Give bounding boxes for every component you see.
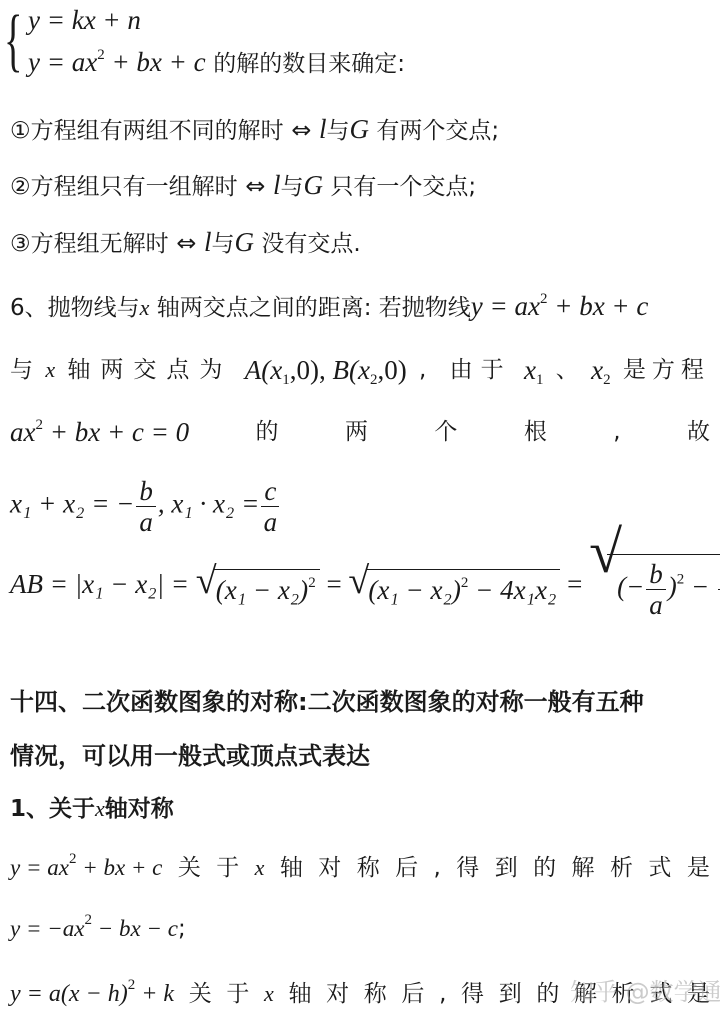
radicand: (x₁ − x₂) — [368, 575, 460, 605]
word: 对 — [326, 978, 349, 1010]
subscript: 1 — [536, 372, 544, 388]
minus: − — [684, 572, 716, 602]
word: 是 — [687, 852, 710, 884]
paren-close: ) — [668, 572, 677, 602]
x-symbol: x — [255, 852, 265, 884]
word: 关 — [178, 852, 201, 884]
case-result: 只有一个交点; — [323, 174, 476, 200]
quadratic-eq-part: + bx + c — [105, 47, 206, 77]
graph-symbol: G — [304, 170, 324, 200]
text: 轴两交点为 — [67, 354, 232, 386]
fraction-c-over-a: ca — [261, 476, 279, 537]
subsection-x-axis: 1、关于x轴对称 — [10, 792, 174, 825]
quadratic-eq-part: y = ax — [28, 47, 97, 77]
case-result: 有两个交点; — [369, 118, 499, 144]
watermark: 知乎 @数学通 — [570, 972, 720, 1007]
word: 轴 — [280, 852, 303, 884]
brace-symbol: { — [4, 6, 22, 76]
quadratic-eq: + bx + c = 0 — [43, 417, 189, 447]
word: 析 — [610, 852, 633, 884]
x-symbol: x — [95, 796, 105, 821]
result-eq: − bx − c — [92, 916, 178, 941]
word: 的 — [536, 978, 559, 1010]
numerator: b — [136, 476, 156, 507]
section6-heading: 6、抛物线与 — [10, 295, 140, 321]
exponent: 2 — [35, 417, 43, 433]
exponent: 2 — [308, 575, 316, 591]
sqrt-1: √(x₁ − x₂)2 — [196, 569, 320, 606]
word: , — [439, 978, 446, 1010]
sqrt-2: √(x₁ − x₂)2 − 4x₁x₂ — [348, 569, 560, 606]
word: 轴 — [288, 978, 311, 1010]
denominator: a — [264, 507, 278, 537]
subscript: 1 — [282, 372, 290, 388]
word: 解 — [572, 852, 595, 884]
vertex-form-eq: + k — [135, 981, 174, 1007]
radicand: (x₁ − x₂) — [216, 575, 308, 605]
exponent: 2 — [84, 912, 92, 928]
connector-text: 与 — [327, 118, 350, 144]
paragraph-general-form: y = ax2 + bx + c 关 于 x 轴 对 称 后 , 得 到 的 解… — [10, 852, 710, 884]
parabola-eq: y = ax — [471, 291, 540, 321]
general-form-result: y = −ax2 − bx − c; — [10, 912, 186, 945]
section6-line1: 6、抛物线与x 轴两交点之间的距离: 若抛物线y = ax2 + bx + c — [10, 290, 648, 324]
vieta-product: , x₁ · x₂ = — [158, 489, 259, 519]
word: 两 — [345, 416, 368, 448]
subsection-prefix: 1、关于 — [10, 796, 95, 822]
point-a-end: ,0), — [290, 355, 326, 385]
word: 对 — [318, 852, 341, 884]
quadratic-eq: ax — [10, 417, 35, 447]
result-eq: y = −ax — [10, 916, 84, 941]
fraction-b-over-a: ba — [136, 476, 156, 537]
word: 得 — [461, 978, 484, 1010]
ab-lhs: AB = |x₁ − x₂| = — [10, 569, 189, 599]
case-item-2: ②方程组只有一组解时 ⇔ l与G 只有一个交点; — [10, 169, 476, 203]
case-text: ③方程组无解时 — [10, 231, 169, 257]
equivalence-arrow-icon: ⇔ — [291, 116, 311, 144]
denominator: a — [139, 507, 153, 537]
text: 是方程 — [623, 354, 710, 386]
vertex-form-eq: y = a(x − h) — [10, 981, 128, 1007]
equation-system: { y = kx + n y = ax2 + bx + c 的解的数目来确定: — [0, 0, 720, 90]
sqrt-3: √(−ba)2 − 4a — [589, 554, 720, 620]
distance-formula: AB = |x₁ − x₂| = √(x₁ − x₂)2 = √(x₁ − x₂… — [10, 554, 720, 620]
word: 于 — [216, 852, 239, 884]
section6-line3: ax2 + bx + c = 0 的 两 个 根 , 故 — [10, 416, 710, 448]
equation-line-linear: y = kx + n — [28, 4, 141, 36]
section6-heading-cont: 轴两交点之间的距离: 若抛物线 — [149, 295, 470, 321]
subsection-suffix: 轴对称 — [105, 796, 174, 822]
semicolon: ; — [178, 916, 186, 942]
case-item-1: ①方程组有两组不同的解时 ⇔ l与G 有两个交点; — [10, 113, 499, 147]
sqrt-icon: √ — [196, 565, 217, 597]
word: 后 — [395, 852, 418, 884]
exponent: 2 — [97, 47, 105, 63]
equals: = — [567, 569, 582, 599]
word: 故 — [687, 416, 710, 448]
line-symbol: l — [319, 114, 327, 144]
connector-text: 与 — [212, 231, 235, 257]
word: 称 — [357, 852, 380, 884]
vieta-formula: x₁ + x₂ = −ba, x₁ · x₂ =ca — [10, 476, 281, 537]
numerator: b — [646, 559, 666, 590]
word: 到 — [495, 852, 518, 884]
line-symbol: l — [204, 227, 212, 257]
case-result: 没有交点. — [254, 231, 361, 257]
general-form-eq: y = ax — [10, 855, 69, 880]
word: 的 — [533, 852, 556, 884]
general-form-eq: + bx + c — [76, 855, 162, 880]
separator: 、 — [556, 354, 579, 386]
equals: = — [326, 569, 341, 599]
x-symbol: x — [45, 354, 55, 386]
case-item-3: ③方程组无解时 ⇔ l与G 没有交点. — [10, 226, 361, 260]
word: 关 — [189, 978, 212, 1010]
x2-symbol: x — [591, 355, 603, 385]
section14-heading-line1: 十四、二次函数图象的对称:二次函数图象的对称一般有五种 — [10, 686, 644, 718]
parabola-eq: + bx + c — [547, 291, 648, 321]
point-b-end: ,0) — [377, 355, 406, 385]
graph-symbol: G — [235, 227, 255, 257]
text: 与 — [10, 354, 33, 386]
x-symbol: x — [140, 295, 150, 320]
x-symbol: x — [264, 978, 274, 1010]
section14-heading-line2: 情况，可以用一般式或顶点式表达 — [10, 740, 370, 772]
point-a: A(x — [245, 355, 282, 385]
linear-equation: y = kx + n — [28, 5, 141, 35]
connector-text: 与 — [281, 174, 304, 200]
word: 的 — [256, 416, 279, 448]
case-text: ①方程组有两组不同的解时 — [10, 118, 284, 144]
subscript: 2 — [603, 372, 611, 388]
word: 到 — [499, 978, 522, 1010]
word: , — [434, 852, 441, 884]
word: 式 — [648, 852, 671, 884]
system-suffix-text: 的解的数目来确定: — [213, 51, 405, 77]
word: 根 — [524, 416, 547, 448]
line-symbol: l — [273, 170, 281, 200]
word: 个 — [434, 416, 457, 448]
sqrt-icon: √ — [348, 565, 369, 597]
word: , — [613, 416, 620, 448]
equation-line-quadratic: y = ax2 + bx + c 的解的数目来确定: — [28, 46, 405, 80]
sqrt-icon: √ — [589, 536, 622, 568]
x1-symbol: x — [524, 355, 536, 385]
word: 后 — [401, 978, 424, 1010]
numerator: c — [261, 476, 279, 507]
equivalence-arrow-icon: ⇔ — [176, 229, 196, 257]
radicand-tail: − 4x₁x₂ — [468, 575, 556, 605]
point-b: B(x — [332, 355, 369, 385]
word: 于 — [226, 978, 249, 1010]
word: 得 — [456, 852, 479, 884]
equivalence-arrow-icon: ⇔ — [245, 172, 265, 200]
graph-symbol: G — [350, 114, 370, 144]
fraction: ba — [646, 559, 666, 620]
text: , 由于 — [419, 354, 512, 386]
word: 称 — [364, 978, 387, 1010]
section6-line2: 与 x 轴两交点为 A(x1,0), B(x2,0) , 由于 x1 、 x2 … — [10, 354, 710, 386]
vieta-sum: x₁ + x₂ = − — [10, 489, 134, 519]
case-text: ②方程组只有一组解时 — [10, 174, 238, 200]
denominator: a — [649, 590, 663, 620]
